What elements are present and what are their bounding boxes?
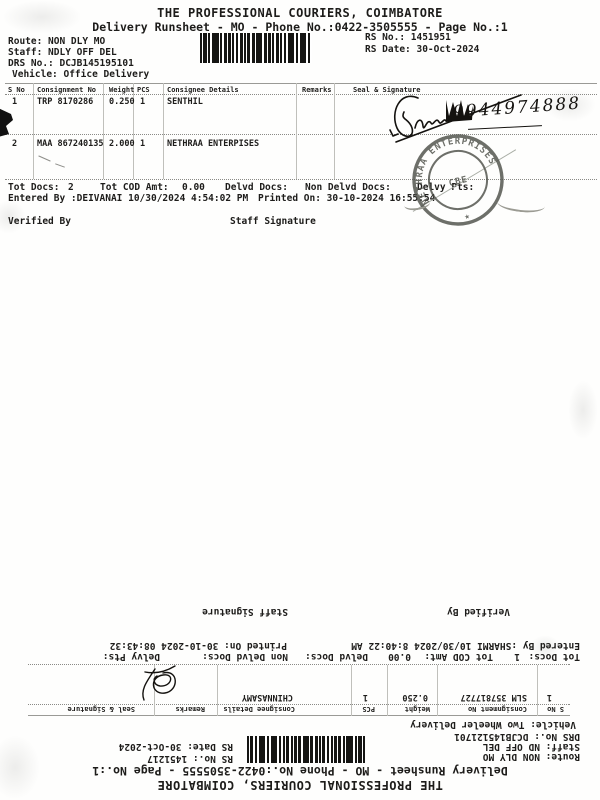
- drs-no-line: DRS No.: DCJB145195101: [8, 58, 134, 69]
- tot-docs-value: 2: [68, 182, 74, 193]
- col-header-consignment: Consignment No: [37, 86, 96, 94]
- printed-on-line: Printed On: 30-10-2024 08:43:32: [110, 640, 287, 651]
- row2-consignee: NETHRAA ENTERPISES: [167, 139, 259, 149]
- route-line: Route: NON DLY MO: [483, 751, 580, 762]
- row1-weight: 0.250: [402, 692, 428, 702]
- delvd-docs-label: Delvd Docs:: [305, 651, 368, 662]
- table-column-line: [351, 665, 352, 716]
- barcode: [245, 736, 365, 763]
- col-header-consignee: Consignee Details: [223, 705, 295, 713]
- row1-pcs: 1: [363, 692, 368, 702]
- table-column-line: [33, 83, 34, 179]
- col-header-seal: Seal & Signature: [353, 86, 420, 94]
- staff-line: Staff: NDLY OFF DEL: [8, 47, 117, 58]
- delvy-pts-label: Delvy Pts:: [103, 651, 160, 662]
- tot-cod-label: Tot COD Amt:: [100, 182, 169, 193]
- col-header-remarks: Remarks: [175, 705, 205, 713]
- runsheet-subtitle: Delivery Runsheet - MO - Phone No.:0422-…: [0, 764, 600, 778]
- col-header-seal: Seal & Signature: [68, 705, 135, 713]
- verified-by-label: Verified By: [447, 606, 510, 617]
- table-bottom-line: [5, 179, 597, 180]
- entered-by-line: Entered By :DEIVANAI 10/30/2024 4:54:02 …: [8, 193, 248, 204]
- col-header-weight: Weight: [109, 86, 134, 94]
- row1-pcs: 1: [140, 97, 145, 107]
- rs-no-line: RS No.: 1451217: [147, 753, 233, 764]
- tot-docs-label: Tot Docs:: [8, 182, 59, 193]
- drs-no-line: DRS No.: DCJB145121701: [454, 731, 580, 742]
- row1-s-no: 1: [12, 97, 17, 107]
- scan-smudge: [568, 380, 598, 440]
- route-line: Route: NON DLY MO: [8, 36, 105, 47]
- rs-date-line: RS Date: 30-Oct-2024: [119, 741, 233, 752]
- table-column-line: [537, 665, 538, 716]
- stamp-star: ★: [463, 211, 471, 222]
- rs-date-line: RS Date: 30-Oct-2024: [365, 44, 479, 55]
- col-header-consignee: Consignee Details: [167, 86, 239, 94]
- row2-weight: 2.000: [109, 139, 135, 149]
- row2-consignment: MAA 867240135: [37, 139, 104, 149]
- row1-consignment: SLM 357817727: [460, 692, 527, 702]
- row1-consignment: TRP 8170286: [37, 97, 93, 107]
- table-top-line: [5, 83, 597, 84]
- nethraa-enterprises-stamp: NETHRAA ENTERPRISES CBE ★: [400, 122, 516, 238]
- table-column-line: [437, 665, 438, 716]
- table-column-line: [163, 83, 164, 179]
- table-column-line: [334, 83, 335, 179]
- runsheet-bottom: THE PROFESSIONAL COURIERS, COIMBATORE De…: [0, 560, 600, 800]
- table-top-line: [28, 715, 570, 716]
- staff-signature-label: Staff Signature: [202, 606, 288, 617]
- table-column-line: [217, 665, 218, 716]
- tot-cod-value: 0.00: [182, 182, 205, 193]
- stamp-edge-mark: [496, 194, 545, 215]
- col-header-pcs: PCS: [137, 86, 150, 94]
- barcode: [200, 33, 312, 63]
- company-title: THE PROFESSIONAL COURIERS, COIMBATORE: [0, 778, 600, 792]
- vehicle-line: Vehicle: Two Wheeler Delivery: [410, 719, 576, 730]
- table-column-line: [387, 665, 388, 716]
- col-header-consignment: Consignment No: [468, 705, 527, 713]
- table-header-line: [5, 94, 597, 95]
- staff-line: Staff: ND OFF DEL: [483, 741, 580, 752]
- pencil-mark: [55, 163, 65, 167]
- company-title: THE PROFESSIONAL COURIERS, COIMBATORE: [0, 6, 600, 20]
- entered-by-line: Entered By :SHARMI 10/30/2024 8:40:22 AM: [351, 640, 580, 651]
- row2-pcs: 1: [140, 139, 145, 149]
- tot-docs-label: Tot Docs:: [529, 651, 580, 662]
- delvy-pts-label: Delvy Pts:: [417, 182, 474, 193]
- runsheet-top: THE PROFESSIONAL COURIERS, COIMBATORE De…: [0, 0, 600, 240]
- table-row-divider: [5, 134, 597, 135]
- row2-s-no: 2: [12, 139, 17, 149]
- table-bottom-line: [28, 664, 570, 665]
- runsheet-subtitle: Delivery Runsheet - MO - Phone No.:0422-…: [0, 20, 600, 34]
- row1-s-no: 1: [547, 692, 552, 702]
- tot-cod-value: 0.00: [388, 651, 411, 662]
- col-header-weight: Weight: [405, 705, 430, 713]
- col-header-s-no: S No: [8, 86, 25, 94]
- verified-by-label: Verified By: [8, 216, 71, 227]
- col-header-s-no: S No: [547, 705, 564, 713]
- row1-weight: 0.250: [109, 97, 135, 107]
- recipient-signature: [127, 663, 185, 703]
- table-column-line: [154, 665, 155, 716]
- row1-consignee: CHINNASAMY: [242, 692, 293, 702]
- non-delvd-docs-label: Non Delvd Docs:: [305, 182, 391, 193]
- delvd-docs-label: Delvd Docs:: [225, 182, 288, 193]
- staff-signature-label: Staff Signature: [230, 216, 316, 227]
- handwritten-underline: [468, 125, 542, 130]
- handwritten-phone-number: 9944974888: [452, 94, 581, 123]
- table-column-line: [103, 83, 104, 179]
- col-header-pcs: PCS: [362, 705, 375, 713]
- col-header-remarks: Remarks: [302, 86, 332, 94]
- non-delvd-docs-label: Non Delvd Docs:: [202, 651, 288, 662]
- scanned-runsheet-page: THE PROFESSIONAL COURIERS, COIMBATORE De…: [0, 0, 600, 800]
- pencil-mark: [38, 155, 50, 161]
- table-column-line: [296, 83, 297, 179]
- vehicle-line: Vehicle: Office Delivery: [12, 69, 149, 80]
- row1-consignee: SENTHIL: [167, 97, 203, 107]
- tot-cod-label: Tot COD Amt:: [424, 651, 493, 662]
- tot-docs-value: 1: [514, 651, 520, 662]
- rs-no-line: RS No.: 1451951: [365, 32, 451, 43]
